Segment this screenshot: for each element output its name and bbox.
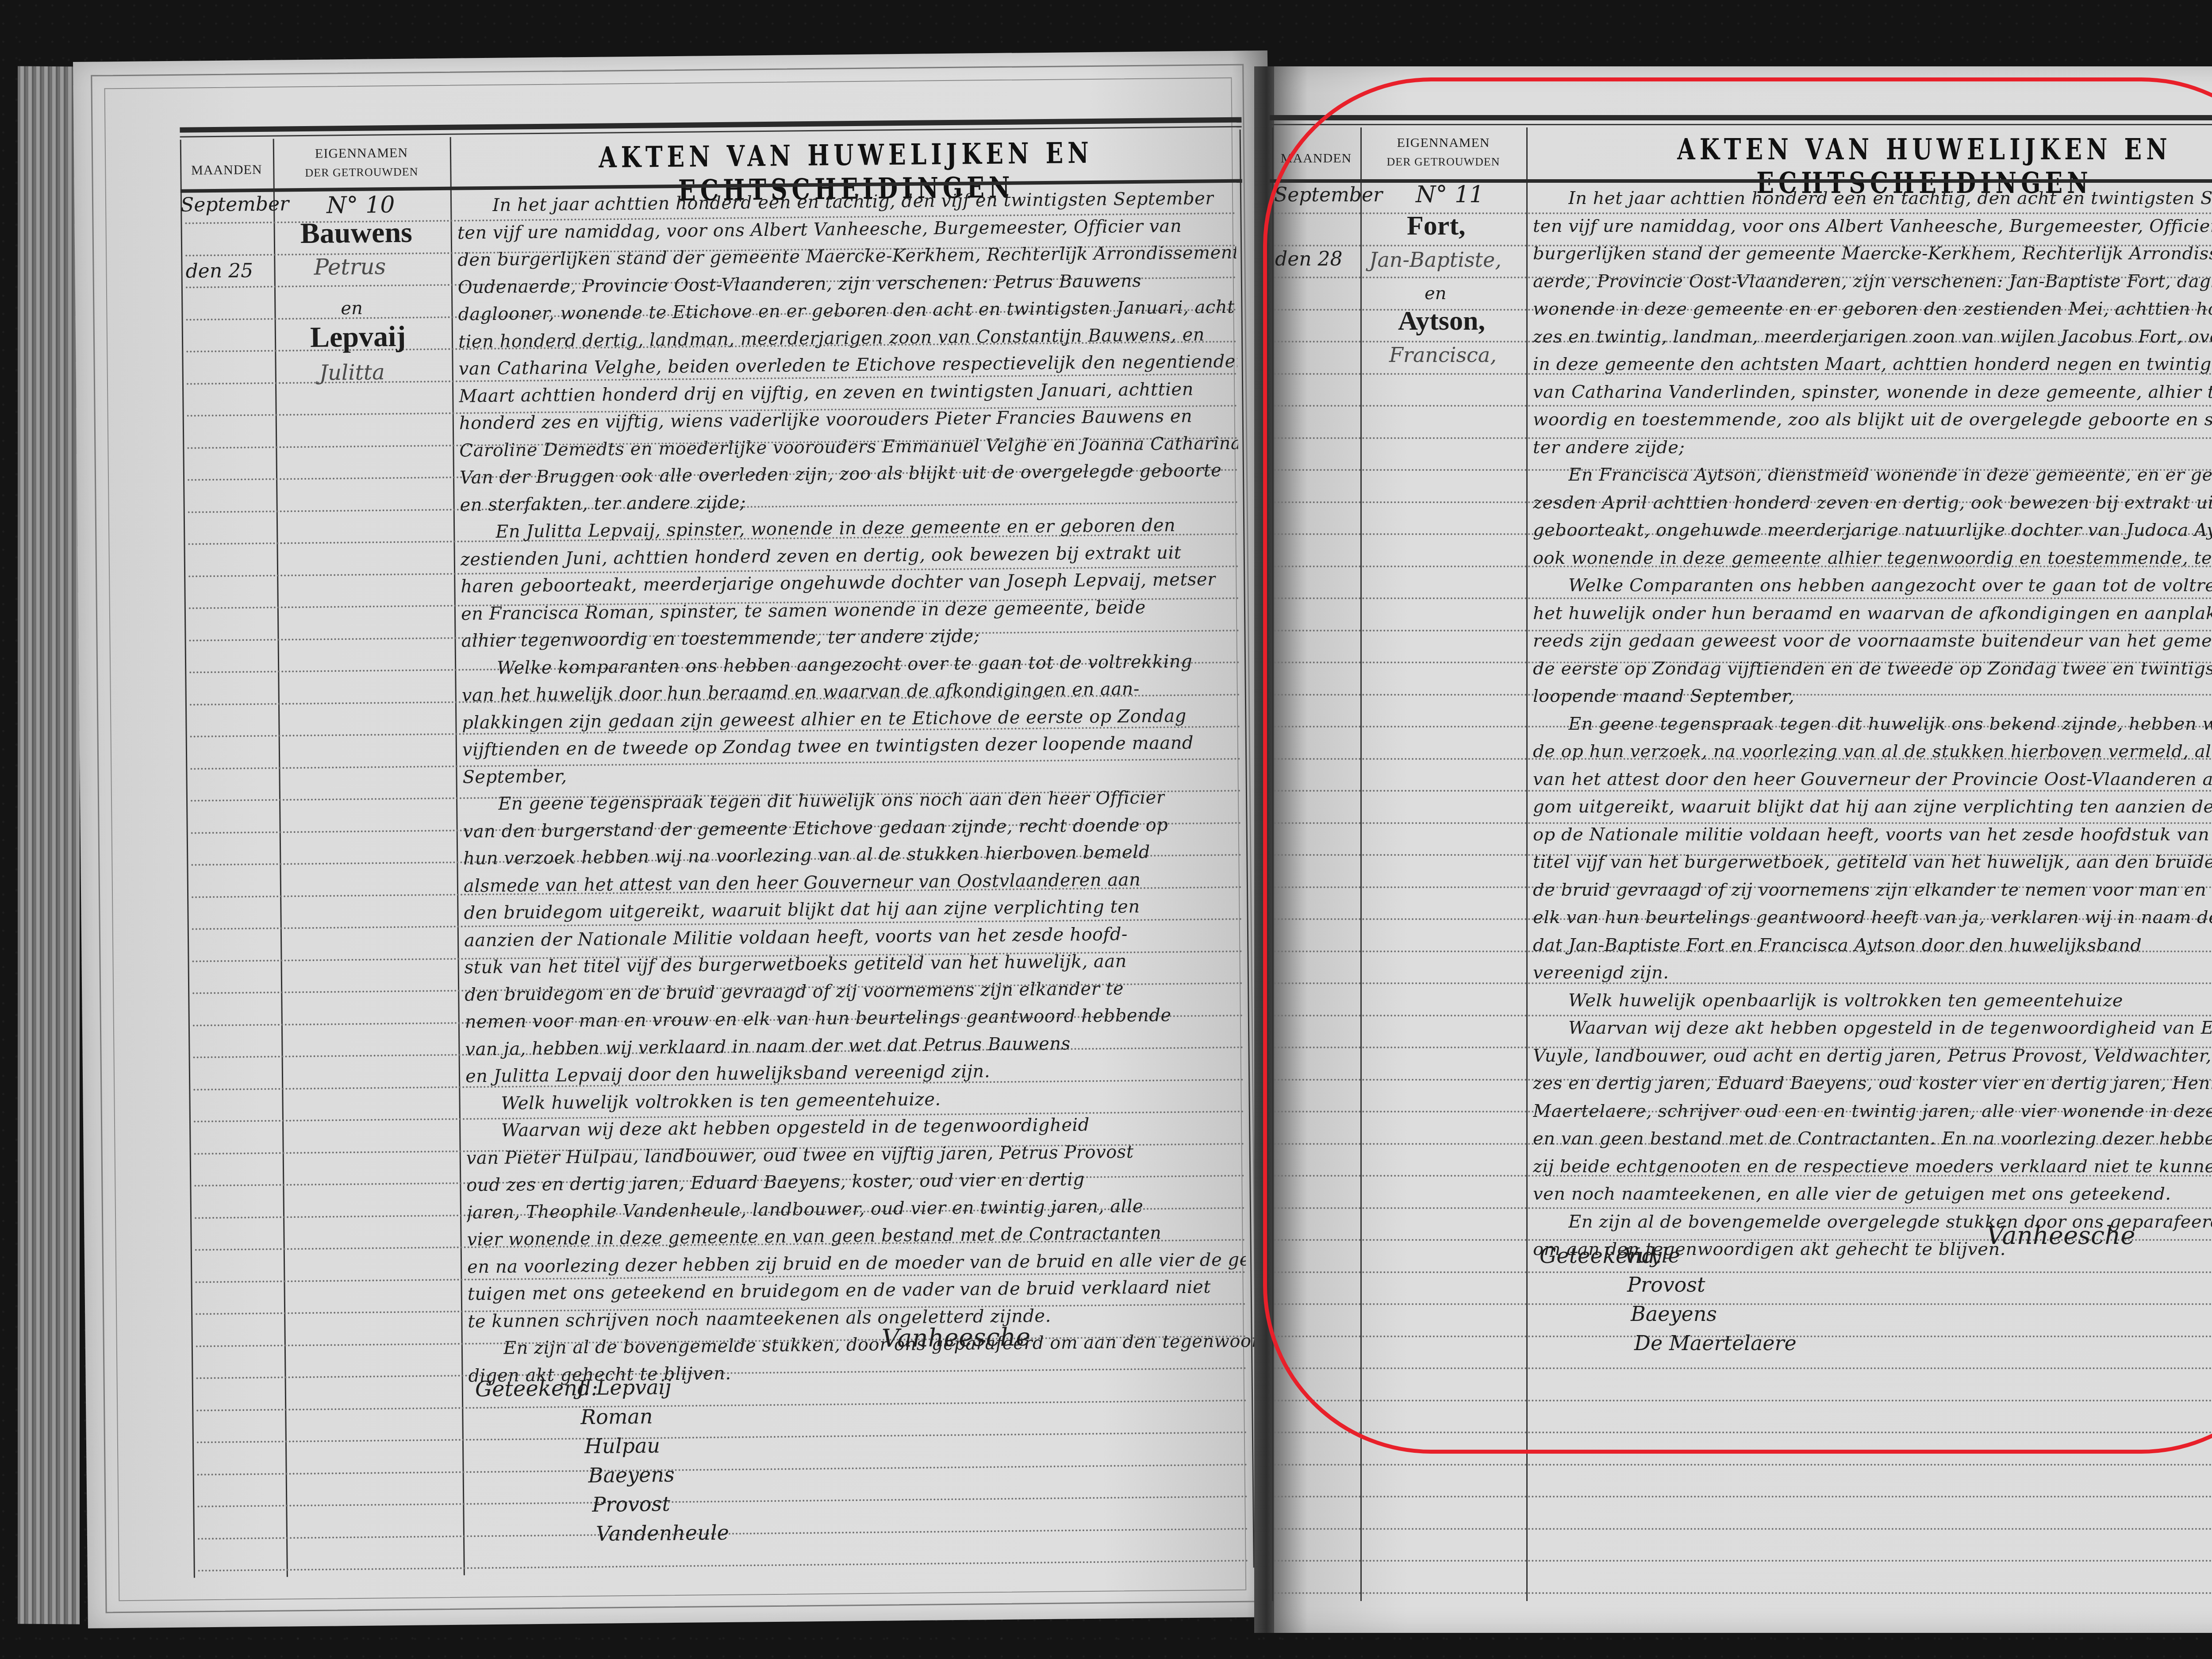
record-text-line: zij beide echtgenooten en de respectieve… — [1533, 1156, 2212, 1177]
record-text-line: vereenigd zijn. — [1533, 962, 1669, 983]
col-line-names — [1526, 127, 1528, 1601]
ruling-line — [1274, 1367, 2212, 1369]
record-text-line: vier wonende in deze gemeente en van gee… — [467, 1223, 1161, 1250]
record-text-line: In het jaar achttien honderd een en tach… — [1568, 188, 2212, 208]
entry-day: den 28 — [1275, 248, 1343, 270]
record-text-line: geboorteakt, ongehuwde meerderjarige nat… — [1533, 520, 2212, 540]
entry-day: den 25 — [185, 259, 253, 282]
ruling-line — [1274, 597, 2212, 599]
ruling-line — [197, 1496, 1248, 1508]
record-text-line: het huwelijk onder hun beraamd en waarva… — [1533, 603, 2212, 624]
record-text-line: op de Nationale militie voldaan heeft, v… — [1533, 824, 2212, 845]
left-page: MAANDEN EIGENNAMEN DER GETROUWDEN AKTEN … — [73, 50, 1283, 1628]
record-text-line: woordig en toestemmende, zoo als blijkt … — [1533, 409, 2212, 430]
ruling-line — [1274, 1015, 2212, 1016]
record-text-line: Caroline Demedts en moederlijke vooroude… — [459, 433, 1238, 461]
record-text-line: Maart achttien honderd drij en vijftig, … — [459, 379, 1194, 406]
ruling-line — [1274, 790, 2212, 792]
header-top-rule-thin — [1270, 124, 2212, 125]
conjunction: en — [1425, 283, 1446, 304]
record-text-line: loopende maand September, — [1533, 686, 1794, 706]
record-text-line: hun verzoek hebben wij na voorlezing van… — [463, 842, 1150, 869]
ruling-line — [197, 1463, 1248, 1475]
record-text-line: zestienden Juni, achttien honderd zeven … — [461, 543, 1182, 570]
record-text-line: elk van hun beurtelings geantwoord heeft… — [1533, 907, 2212, 928]
col-line-months — [273, 139, 288, 1577]
witness-signature: Vuyle — [1624, 1243, 1680, 1267]
record-text-line: van het attest door den heer Gouverneur … — [1533, 769, 2212, 789]
record-text-line: Waarvan wij deze akt hebben opgesteld in… — [1568, 1018, 2212, 1038]
ruling-line — [1274, 1303, 2212, 1305]
record-text-line: in deze gemeente den achtsten Maart, ach… — [1533, 354, 2212, 374]
record-text-line: ven noch naamteekenen, en alle vier de g… — [1533, 1184, 2171, 1204]
conjunction: en — [341, 298, 363, 319]
header-names-line2: DER GETROUWDEN — [273, 164, 450, 181]
record-text-line: reeds zijn gedaan geweest voor de voorna… — [1533, 631, 2212, 651]
record-text-line: van Catharina Vanderlinden, spinster, wo… — [1533, 382, 2212, 402]
bride-surname: Aytson, — [1398, 305, 1485, 337]
record-text-line: en sterfakten, ter andere zijde; — [460, 492, 746, 515]
record-text-line: Welke Comparanten ons hebben aangezocht … — [1568, 575, 2212, 596]
record-text-line: oud zes en dertig jaren, Eduard Baeyens,… — [466, 1169, 1085, 1195]
header-names-line2: DER GETROUWDEN — [1360, 154, 1526, 170]
ruling-line — [1274, 405, 2212, 407]
right-page: MAANDEN EIGENNAMEN DER GETROUWDEN AKTEN … — [1274, 66, 2212, 1633]
header-months: MAANDEN — [180, 162, 273, 179]
record-number: N° 11 — [1416, 181, 1484, 208]
groom-given-name: Jan-Baptiste, — [1369, 248, 1502, 272]
entry-month: September — [180, 192, 289, 216]
record-text-line: van Pieter Hulpau, landbouwer, oud twee … — [466, 1142, 1134, 1168]
ruling-line — [1274, 1464, 2212, 1466]
record-text-line: ter andere zijde; — [1533, 437, 1685, 458]
record-text-line: En geene tegenspraak tegen dit huwelijk … — [498, 787, 1165, 814]
witness-signature: Hulpau — [584, 1433, 660, 1458]
left-page-stack-edge — [18, 66, 80, 1624]
ruling-line — [1274, 437, 2212, 439]
witness-signature: Provost — [592, 1492, 670, 1517]
record-text-line: En Francisca Aytson, dienstmeid wonende … — [1568, 465, 2212, 485]
header-names-line1: EIGENNAMEN — [273, 145, 450, 162]
record-text-line: tuigen met ons geteekend en bruidegom en… — [468, 1277, 1211, 1304]
ruling-line — [1274, 1400, 2212, 1401]
record-text-line: alsmede van het attest van den heer Gouv… — [464, 869, 1141, 896]
record-text-line: Welke komparanten ons hebben aangezocht … — [497, 651, 1193, 678]
bride-given-name: Julitta — [319, 360, 385, 385]
ruling-line — [1274, 1271, 2212, 1273]
ruling-line — [197, 1432, 1248, 1443]
ruling-line — [1274, 1592, 2212, 1594]
header-bottom-rule — [1270, 179, 2212, 183]
bride-surname: Lepvaij — [310, 320, 406, 354]
witness-signature: De Maertelaere — [1634, 1331, 1797, 1355]
groom-surname: Fort, — [1407, 210, 1466, 242]
right-ledger: MAANDEN EIGENNAMEN DER GETROUWDEN AKTEN … — [1270, 115, 2212, 1611]
record-text-line: titel vijf van het burgerwetboek, getite… — [1533, 852, 2212, 872]
witness-signature: Vandenheule — [596, 1520, 729, 1546]
header-top-rule — [1270, 115, 2212, 120]
record-text-line: zes en dertig jaren, Eduard Baeyens, oud… — [1533, 1073, 2212, 1093]
record-text-line: van het huwelijk door hun beraamd en waa… — [462, 679, 1140, 706]
ruling-line — [196, 1399, 1247, 1411]
ruling-line — [190, 758, 1241, 770]
record-text-line: gom uitgereikt, waaruit blijkt dat hij a… — [1533, 797, 2212, 817]
col-line-right — [1240, 130, 1255, 1568]
record-text-line: Welk huwelijk voltrokken is ten gemeente… — [501, 1089, 941, 1114]
record-text-line: den burgerlijken stand der gemeente Maer… — [457, 242, 1236, 270]
record-text-line: Vuyle, landbouwer, oud acht en dertig ja… — [1533, 1046, 2212, 1066]
record-text-line: Oudenaerde, Provincie Oost-Vlaanderen, z… — [458, 270, 1142, 297]
record-text-line: de op hun verzoek, na voorlezing van al … — [1533, 741, 2212, 762]
ruling-line — [1274, 822, 2212, 824]
official-signature: Vanheesche — [1986, 1221, 2135, 1250]
record-text-line: vijftienden en de tweede op Zondag twee … — [462, 733, 1194, 760]
record-text-line: stuk van het titel vijf des burgerwetboe… — [464, 951, 1127, 978]
col-line-left — [1272, 127, 1273, 1601]
col-line-names — [450, 137, 465, 1575]
record-text-line: dat Jan-Baptiste Fort en Francisca Aytso… — [1533, 935, 2142, 955]
record-text-line: wonende in deze gemeente en er geboren d… — [1533, 299, 2212, 319]
bride-given-name: Francisca, — [1389, 343, 1497, 367]
record-text-line: September, — [462, 766, 567, 787]
record-text-line: En geene tegenspraak tegen dit huwelijk … — [1568, 714, 2212, 734]
entry-month: September — [1274, 184, 1382, 206]
ruling-line — [198, 1560, 1249, 1572]
record-text-line: burgerlijken stand der gemeente Maercke-… — [1533, 243, 2212, 264]
witness-signature: Roman — [580, 1405, 653, 1429]
record-text-line: jaren, Theophile Vandenheule, landbouwer… — [467, 1196, 1144, 1223]
record-text-line: alhier tegenwoordig en toestemmende, ter… — [461, 626, 979, 651]
record-text-line: Welk huwelijk openbaarlijk is voltrokken… — [1568, 990, 2123, 1011]
witness-signature: J. Lepvaij — [577, 1375, 672, 1400]
record-number: N° 10 — [326, 192, 395, 219]
record-text-line: daglooner, wonende te Etichove en er geb… — [458, 297, 1235, 325]
record-text-line: van ja, hebben wij verklaard in naam der… — [465, 1033, 1071, 1059]
record-text-line: de eerste op Zondag vijftienden en de tw… — [1533, 658, 2212, 679]
record-text-line: zesden April achttien honderd zeven en d… — [1533, 493, 2212, 513]
official-signature: Vanheesche — [881, 1323, 1030, 1353]
witness-signature: Baeyens — [1631, 1302, 1717, 1326]
record-text-line: den bruidegom en de bruid gevraagd of zi… — [465, 978, 1124, 1005]
record-text-line: honderd zes en vijftig, wiens vaderlijke… — [459, 406, 1193, 434]
record-text-line: en van geen bestand met de Contractanten… — [1533, 1128, 2212, 1149]
record-text-line: Van der Bruggen ook alle overleden zijn,… — [460, 460, 1222, 488]
record-text-line: Maertelaere, schrijver oud een en twinti… — [1533, 1101, 2212, 1121]
ruling-line — [1274, 1432, 2212, 1433]
ruling-line — [1274, 1560, 2212, 1562]
witness-signature: Baeyens — [588, 1463, 674, 1487]
record-text-line: van den burgerstand der gemeente Etichov… — [463, 815, 1168, 842]
record-text-line: den bruidegom uitgereikt, waaruit blijkt… — [464, 897, 1140, 924]
col-line-months — [1360, 127, 1362, 1601]
groom-given-name: Petrus — [314, 254, 386, 280]
record-text-line: de bruid gevraagd of zij voornemens zijn… — [1533, 880, 2212, 900]
record-text-line: aerde, Provincie Oost-Vlaanderen, zijn v… — [1533, 271, 2212, 292]
ruling-line — [1274, 1496, 2212, 1497]
header-months: MAANDEN — [1272, 150, 1360, 166]
groom-surname: Bauwens — [300, 216, 412, 250]
ruling-line — [1274, 1528, 2212, 1530]
record-text-line: tien honderd dertig, landman, meerderjar… — [458, 324, 1205, 352]
record-text-line: ten vijf ure namiddag, voor ons Albert V… — [1533, 216, 2212, 236]
record-text-line: En Julitta Lepvaij, spinster, wonende in… — [495, 515, 1175, 542]
record-text-line: en Francisca Roman, spinster, te samen w… — [461, 597, 1146, 624]
header-names-line1: EIGENNAMEN — [1360, 135, 1526, 151]
record-text-line: aanzien der Nationale Militie voldaan he… — [464, 924, 1128, 951]
witness-signature: Provost — [1627, 1273, 1705, 1297]
left-ledger: MAANDEN EIGENNAMEN DER GETROUWDEN AKTEN … — [180, 117, 1256, 1588]
ruling-line — [1274, 982, 2212, 984]
record-text-line: nemen voor man en vrouw en elk van hun b… — [465, 1005, 1171, 1032]
record-text-line: ook wonende in deze gemeente alhier tege… — [1533, 548, 2212, 568]
ruling-line — [1274, 1207, 2212, 1209]
record-text-line: zes en twintig, landman, meerderjarigen … — [1533, 327, 2212, 347]
